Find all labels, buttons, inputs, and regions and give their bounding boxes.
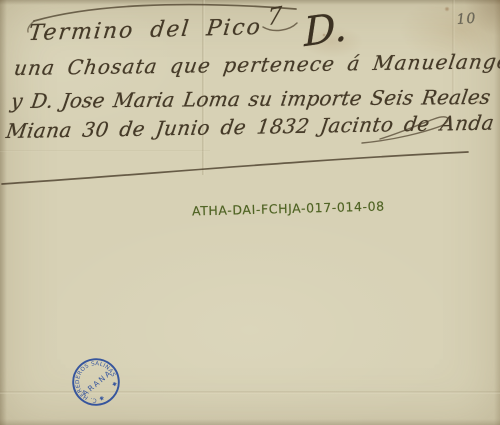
paper-crease-horizontal: [0, 150, 210, 152]
manuscript-line: y D. Jose Maria Loma su importe Seis Rea…: [9, 85, 492, 113]
manuscript-line: Miana 30 de Junio de 1832 Jacinto de And…: [5, 110, 496, 143]
paper-crease-vertical: [452, 0, 455, 95]
heirs-salinas-arana-stamp: C. HEREDEROS SALINAS ARANA ✱ ✱: [51, 337, 141, 425]
margin-mark: 7: [267, 2, 282, 31]
manuscript-page: 7 D. 10 Termino del Pico una Chosata que…: [0, 0, 500, 425]
star-icon: ✱: [98, 394, 107, 402]
manuscript-line: Termino del Pico: [27, 15, 263, 46]
manuscript-line: una Chosata que pertenece á Manuelangel: [13, 49, 500, 80]
archive-reference-code: ATHA-DAI-FCHJA-017-014-08: [192, 198, 385, 218]
folio-number: 10: [456, 11, 477, 28]
initial-flourish: D.: [303, 4, 348, 56]
stamp-center-text: ARANA: [80, 368, 114, 398]
